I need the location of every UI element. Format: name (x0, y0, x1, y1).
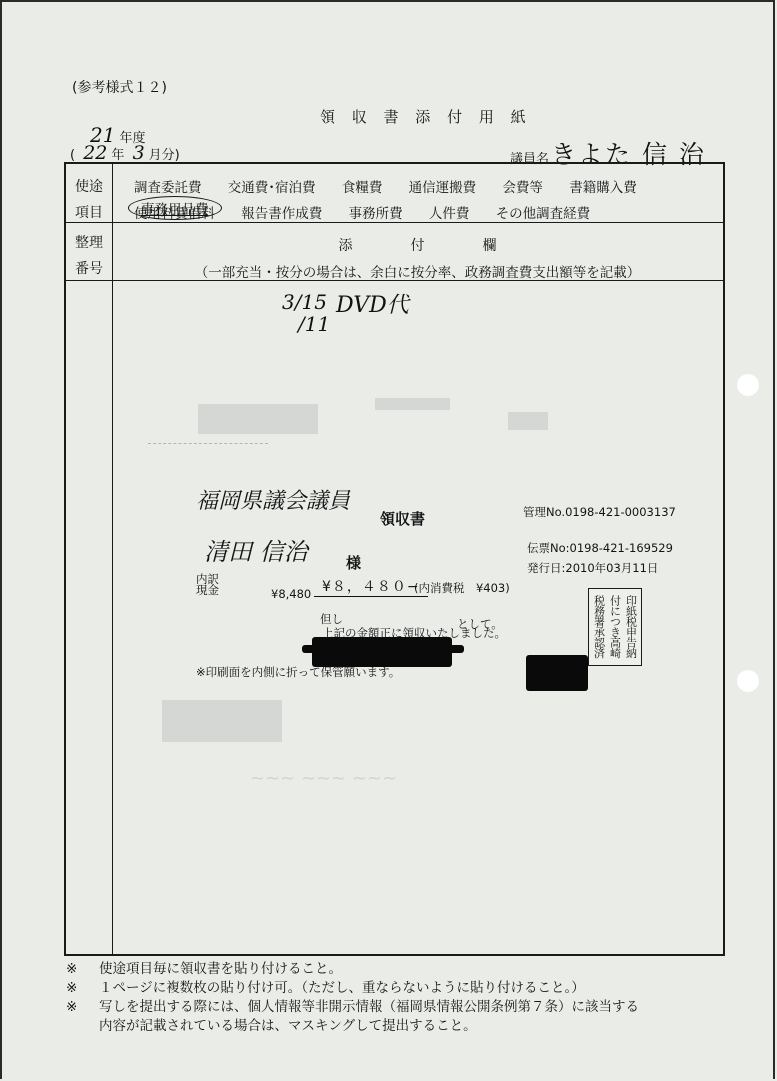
note-text: 写しを提出する際には、個人情報等非開示情報（福岡県情報公開条例第７条）に該当する (99, 998, 639, 1017)
stamp-line: 税務署承認済 (593, 595, 606, 665)
breakdown-label-2: 現金 (196, 585, 219, 596)
note-item: ※使途項目毎に領収書を貼り付けること。 (66, 960, 639, 979)
punch-hole (737, 374, 759, 396)
ghost-handwriting: ~~~ ~~~ ~~~ (250, 768, 397, 789)
row-divider (66, 222, 723, 223)
period-open: ( (70, 148, 75, 163)
usage-label-1: 使途 (66, 176, 112, 196)
receipt-title: 領収書 (380, 508, 425, 529)
category-item: 人件費 (429, 206, 470, 222)
category-item: 報告書作成費 (241, 206, 322, 222)
ghost-barcode (198, 404, 318, 434)
attach-note: （一部充当・按分の場合は、余白に按分率、政務調査費支出額等を記載） (112, 261, 723, 281)
note-item: ※１ページに複数枚の貼り付け可。（ただし、重ならないように貼り付けること。） (66, 979, 639, 998)
category-item: 使用料賃借料 (134, 206, 215, 222)
notes: ※使途項目毎に領収書を貼り付けること。 ※１ページに複数枚の貼り付け可。（ただし… (66, 960, 639, 1036)
number-label-2: 番号 (66, 258, 112, 278)
annotation-item: DVD代 (336, 288, 409, 319)
cash-amount: ¥8,480 (271, 587, 311, 601)
slip-number: 伝票No:0198-421-169529 (527, 540, 673, 556)
period-year-handwritten: 22 (83, 142, 107, 164)
punch-hole (737, 670, 759, 692)
note-mark (66, 1017, 99, 1036)
ghost-line (148, 443, 268, 444)
ghost-block (162, 700, 282, 742)
receipt-addressee-org: 福岡県議会議員 (196, 484, 350, 515)
note-text: １ページに複数枚の貼り付け可。（ただし、重ならないように貼り付けること。） (99, 979, 585, 998)
annotation-date-sub: /11 (298, 312, 330, 336)
category-item: 調査委託費 (134, 180, 202, 196)
category-item: 事務所費 (349, 206, 403, 222)
note-item: 内容が記載されている場合は、マスキングして提出すること。 (66, 1017, 639, 1036)
attach-title: 添付欄 (112, 235, 723, 255)
note-text: 使途項目毎に領収書を貼り付けること。 (99, 960, 342, 979)
issue-date: 発行日:2010年03月11日 (527, 560, 658, 576)
revenue-stamp-approval: 印紙税申告納 付につき高崎 税務署承認済 (588, 588, 642, 666)
form-reference: (参考様式１２) (72, 77, 167, 97)
category-item: 交通費･宿泊費 (228, 180, 316, 196)
note-text: 内容が記載されている場合は、マスキングして提出すること。 (99, 1017, 477, 1036)
management-number: 管理No.0198-421-0003137 (523, 504, 676, 520)
breakdown-label: 内訳 現金 (196, 574, 219, 596)
note-mark: ※ (66, 998, 99, 1017)
column-divider (112, 164, 113, 954)
annotation-date: 3/15 (282, 290, 327, 314)
receipt-honorific: 様 (346, 552, 361, 573)
note-mark: ※ (66, 979, 99, 998)
category-item: 会費等 (502, 180, 543, 196)
fold-note: ※印刷面を内側に折って保管願います。 (196, 664, 400, 680)
category-item: 食糧費 (342, 180, 383, 196)
period-year-suffix: 年 (111, 148, 124, 163)
category-item: 書籍購入費 (569, 180, 637, 196)
note-item: ※写しを提出する際には、個人情報等非開示情報（福岡県情報公開条例第７条）に該当す… (66, 998, 639, 1017)
note-mark: ※ (66, 960, 99, 979)
number-label-1: 整理 (66, 232, 112, 252)
receipt-attachment-table: 使途 項目 調査委託費 交通費･宿泊費 食糧費 通信運搬費 会費等 書籍購入費 … (64, 162, 725, 956)
category-row-2: 使用料賃借料 報告書作成費 事務所費 人件費 その他調査経費 (134, 202, 602, 222)
tax-note: (内消費税 ¥403) (414, 580, 510, 596)
category-item: その他調査経費 (496, 206, 591, 222)
total-amount: ¥８，４８０− (314, 576, 428, 597)
period: ( 22年 3月分) (70, 142, 180, 164)
document-title: 領 収 書 添 付 用 紙 (320, 106, 532, 127)
ghost-block (375, 398, 450, 410)
redaction-bar (302, 645, 464, 653)
stamp-line: 印紙税申告納 (625, 595, 638, 665)
period-month-handwritten: 3 (133, 142, 145, 164)
redaction-bar (526, 655, 588, 691)
usage-label-2: 項目 (66, 202, 112, 222)
stamp-line: 付につき高崎 (609, 595, 622, 665)
ghost-block (508, 412, 548, 430)
period-month-suffix: 月分) (149, 148, 180, 163)
receipt-addressee-name: 清田 信治 (204, 532, 308, 567)
category-item: 通信運搬費 (409, 180, 477, 196)
